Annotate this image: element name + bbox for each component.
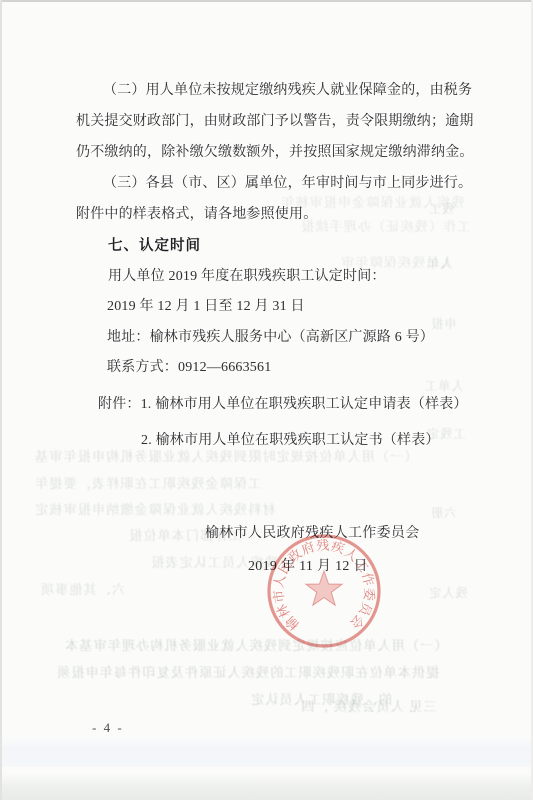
scanned-document-page: 残疾人就业保障金申报审核年 工作（残疾证）办理手续报 人员残疾保障年审 （一）用… (0, 0, 533, 800)
official-seal: 榆林市人民政府残疾人工作委员会 (262, 529, 386, 653)
contact-line: 联系方式：0912—6663561 (107, 361, 271, 375)
paragraph-line: 用人单位 2019 年度在职残疾职工认定时间： (108, 270, 386, 284)
scan-edge-top (0, 0, 533, 2)
paragraph-line: （三）各县（市、区）属单位，年审时间与市上同步进行。 (103, 177, 472, 191)
bleedthrough-fragment: 人年 (426, 258, 452, 270)
recognition-period-line: 2019 年 12 月 1 日至 12 月 31 日 (107, 300, 305, 314)
scan-band-light (0, 736, 533, 767)
bleedthrough-fragment: 残人定 (428, 587, 468, 599)
page-number: - 4 - (92, 720, 124, 736)
paragraph-line: （二）用人单位未按规定缴纳残疾人就业保障金的，由税务 (103, 84, 472, 98)
attachment-line-1: 附件：1. 榆林市用人单位在职残疾职工认定申请表（样表） (98, 398, 468, 412)
bleedthrough-fragment: （一）用人单位应按规定到残疾人就业服务机构办理年审基本 (64, 639, 447, 652)
bleedthrough-fragment: （一）用人单位按规定时限到残疾人就业服务机构申报年审基 (34, 450, 417, 463)
bleedthrough-fragment: 工保障金残疾职工在职样表，要提年 (34, 477, 261, 490)
address-line: 地址：榆林市残疾人服务中心（高新区广源路 6 号） (107, 331, 434, 345)
paragraph-line: 机关提交财政部门，由财政部门予以警告，责令限期缴纳；逾期 (76, 115, 474, 129)
scan-band-dark (0, 774, 533, 800)
bleedthrough-fragment: 工作（残疾证）办理手续报 (300, 220, 470, 233)
bleedthrough-fragment: 人单工 (424, 380, 464, 392)
section-7-heading: 七、认定时间 (108, 239, 201, 254)
attachment-line-2: 2. 榆林市用人单位在职残疾职工认定书（样表） (141, 434, 440, 448)
paragraph-line: 附件中的样表格式，请各地参照使用。 (76, 208, 317, 222)
bleedthrough-fragment: 六、其他事项 (40, 583, 125, 596)
bleedthrough-fragment: 残工 (428, 203, 454, 215)
paragraph-line: 仍不缴纳的，除补缴欠缴数额外，并按照国家规定缴纳滞纳金。 (76, 146, 474, 160)
scan-edge-left (0, 0, 2, 800)
bleedthrough-fragment: 申报 (430, 318, 456, 330)
bleedthrough-fragment: 三见 人员会残疾 ，四 (300, 700, 437, 713)
star-icon (306, 571, 342, 605)
bleedthrough-fragment: 材料残疾人就业保障金缴纳申报审核定 (34, 503, 275, 516)
bleedthrough-fragment: 六册 (430, 507, 456, 519)
bleedthrough-fragment: 提供本单位在职残疾职工的残疾人证原件及复印件每年申报须 (56, 666, 439, 679)
